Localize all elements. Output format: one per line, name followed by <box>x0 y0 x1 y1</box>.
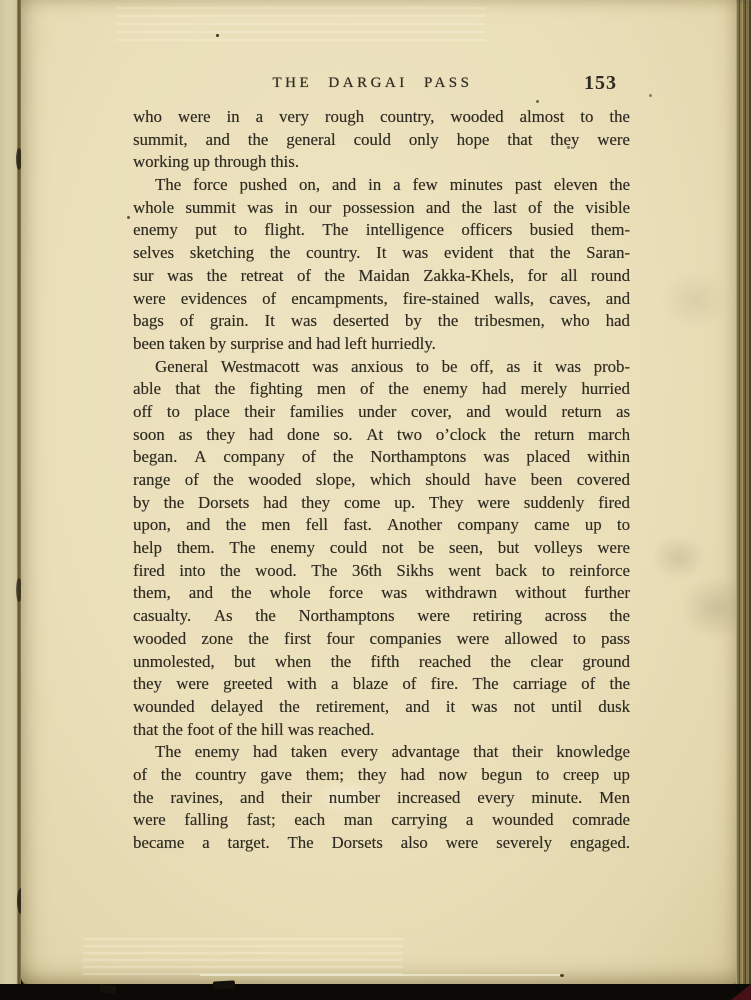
text-line: wereevidencesofencampments,fire-stainedw… <box>133 289 630 312</box>
text-line: ofthecountrygavethem;theyhadnowbeguntocr… <box>133 765 630 788</box>
page-edge-streaks-top <box>116 7 486 41</box>
text-line: woodedzonethefirstfourcompanieswereallow… <box>133 629 630 652</box>
text-line: bagsofgrain.Itwasdesertedbythetribesmen,… <box>133 311 630 334</box>
text-line: been taken by surprise and had left hurr… <box>133 334 630 357</box>
page-edge-gap <box>213 980 235 989</box>
book-page: THE DARGAI PASS 153 whowereinaveryroughc… <box>21 0 737 987</box>
text-line: werefallingfast;eachmancarryingawoundedc… <box>133 810 630 833</box>
page-body: whowereinaveryroughcountry,woodedalmostt… <box>133 107 630 856</box>
text-line: casualty.AstheNorthamptonswereretiringac… <box>133 606 630 629</box>
text-line: summit,andthegeneralcouldonlyhopethatthe… <box>133 130 630 153</box>
text-line: theyweregreetedwithablazeoffire.Thecarri… <box>133 674 630 697</box>
text-line: ablethatthefightingmenoftheenemyhadmerel… <box>133 379 630 402</box>
running-head: THE DARGAI PASS 153 <box>133 75 630 95</box>
ink-speck <box>216 34 219 37</box>
text-line: unmolested,butwhenthefifthreachedtheclea… <box>133 652 630 675</box>
page-stain <box>651 535 706 580</box>
text-line: whowereinaveryroughcountry,woodedalmostt… <box>133 107 630 130</box>
text-line: soonastheyhaddoneso.Attwoo’clocktheretur… <box>133 425 630 448</box>
page-edge-streaks-bottom <box>83 938 403 976</box>
text-line: them,andthewholeforcewaswithdrawnwithout… <box>133 583 630 606</box>
text-line: that the foot of the hill was reached. <box>133 720 630 743</box>
page-edge-gap <box>100 984 117 994</box>
text-line: wholesummitwasinourpossessionandthelasto… <box>133 198 630 221</box>
text-line: enemyputtoflight.Theintelligenceofficers… <box>133 220 630 243</box>
page-number: 153 <box>584 72 617 95</box>
page-edge-speck <box>560 974 564 977</box>
fore-edge-pages <box>736 0 751 986</box>
text-line: began.AcompanyoftheNorthamptonswasplaced… <box>133 447 630 470</box>
text-line: Theforcepushedon,andinafewminutespastele… <box>133 175 630 198</box>
ink-speck <box>649 94 652 97</box>
text-line: bytheDorsetshadtheycomeup.Theyweresudden… <box>133 493 630 516</box>
text-line: becameatarget.TheDorsetsalsowereseverely… <box>133 833 630 856</box>
text-line: firedintothewood.The36thSikhswentbacktor… <box>133 561 630 584</box>
page-edge-highlight <box>200 974 562 976</box>
text-line: selvessketchingthecountry.Itwasevidentth… <box>133 243 630 266</box>
previous-page-edge <box>0 0 18 992</box>
text-line: helpthem.Theenemycouldnotbeseen,butvolle… <box>133 538 630 561</box>
ink-speck <box>536 100 539 103</box>
paragraph: GeneralWestmacottwasanxioustobeoff,asitw… <box>133 357 630 743</box>
text-line: surwastheretreatoftheMaidanZakka-Khels,f… <box>133 266 630 289</box>
paragraph: whowereinaveryroughcountry,woodedalmostt… <box>133 107 630 175</box>
text-line: offtoplacetheirfamiliesundercover,andwou… <box>133 402 630 425</box>
text-line: rangeofthewoodedslope,whichshouldhavebee… <box>133 470 630 493</box>
paragraph: Theenemyhadtakeneveryadvantagethattheirk… <box>133 742 630 855</box>
text-line: woundeddelayedtheretirement,anditwasnotu… <box>133 697 630 720</box>
text-line: upon,andthemenfellfast.Anothercompanycam… <box>133 515 630 538</box>
chapter-title: THE DARGAI PASS <box>273 75 473 92</box>
page-stain <box>661 270 731 330</box>
book-page-photo: THE DARGAI PASS 153 whowereinaveryroughc… <box>0 0 751 1000</box>
text-line: Theenemyhadtakeneveryadvantagethattheirk… <box>133 742 630 765</box>
text-line: theravines,andtheirnumberincreasedeverym… <box>133 788 630 811</box>
text-line: GeneralWestmacottwasanxioustobeoff,asitw… <box>133 357 630 380</box>
ink-speck <box>127 216 130 219</box>
text-line: working up through this. <box>133 152 630 175</box>
paragraph: Theforcepushedon,andinafewminutespastele… <box>133 175 630 357</box>
